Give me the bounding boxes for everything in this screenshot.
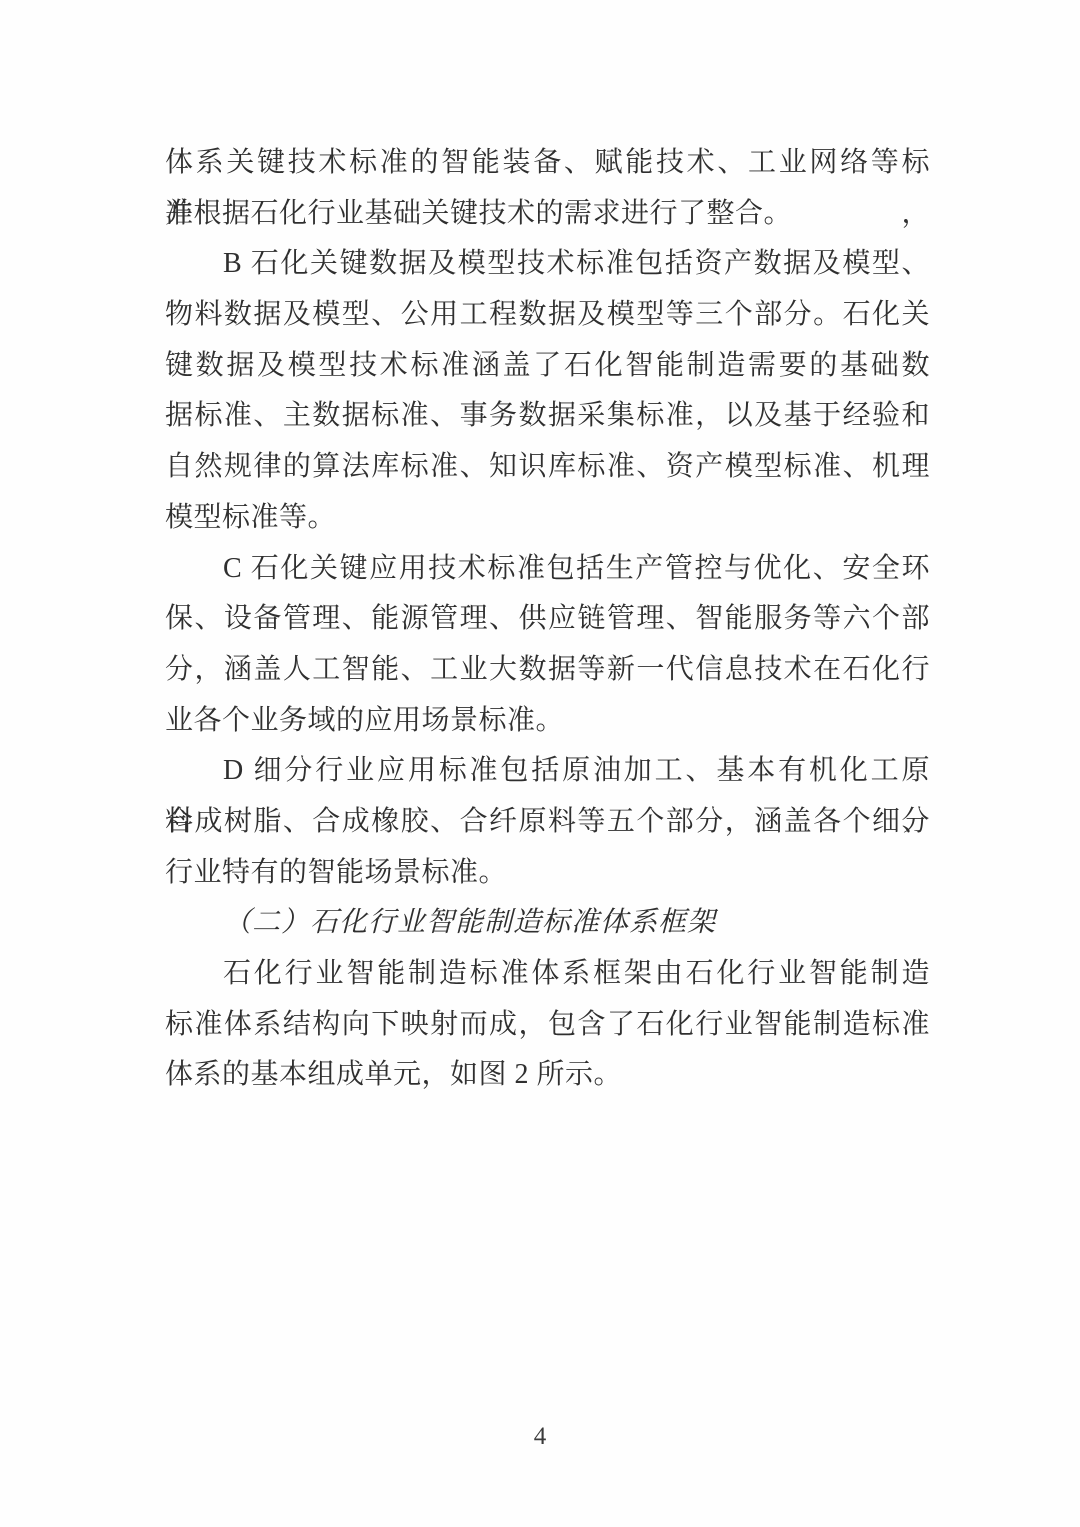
text-line: 石化行业智能制造标准体系框架由石化行业智能制造 [165,949,930,1000]
text-line: 模型标准等。 [165,493,930,544]
text-line: 体系的基本组成单元，如图 2 所示。 [165,1050,930,1101]
text-line: B 石化关键数据及模型技术标准包括资产数据及模型、 [165,239,930,290]
text-line: 键数据及模型技术标准涵盖了石化智能制造需要的基础数 [165,341,930,392]
document-page: 体系关键技术标准的智能装备、赋能技术、工业网络等标准，并根据石化行业基础关键技术… [0,0,1080,1527]
text-line: 行业特有的智能场景标准。 [165,848,930,899]
text-line: C 石化关键应用技术标准包括生产管控与优化、安全环 [165,544,930,595]
text-line: 保、设备管理、能源管理、供应链管理、智能服务等六个部 [165,594,930,645]
body-text: 体系关键技术标准的智能装备、赋能技术、工业网络等标准，并根据石化行业基础关键技术… [165,138,930,1101]
text-line: 体系关键技术标准的智能装备、赋能技术、工业网络等标准， [165,138,930,189]
text-line: 合成树脂、合成橡胶、合纤原料等五个部分，涵盖各个细分 [165,797,930,848]
text-line: 标准体系结构向下映射而成，包含了石化行业智能制造标准 [165,1000,930,1051]
text-line: 分，涵盖人工智能、工业大数据等新一代信息技术在石化行 [165,645,930,696]
text-line: 自然规律的算法库标准、知识库标准、资产模型标准、机理 [165,442,930,493]
section-heading: （二）石化行业智能制造标准体系框架 [165,898,930,949]
text-line: D 细分行业应用标准包括原油加工、基本有机化工原料、 [165,746,930,797]
text-line: 物料数据及模型、公用工程数据及模型等三个部分。石化关 [165,290,930,341]
page-number: 4 [0,1420,1080,1454]
text-line: 据标准、主数据标准、事务数据采集标准，以及基于经验和 [165,391,930,442]
text-line: 业各个业务域的应用场景标准。 [165,696,930,747]
